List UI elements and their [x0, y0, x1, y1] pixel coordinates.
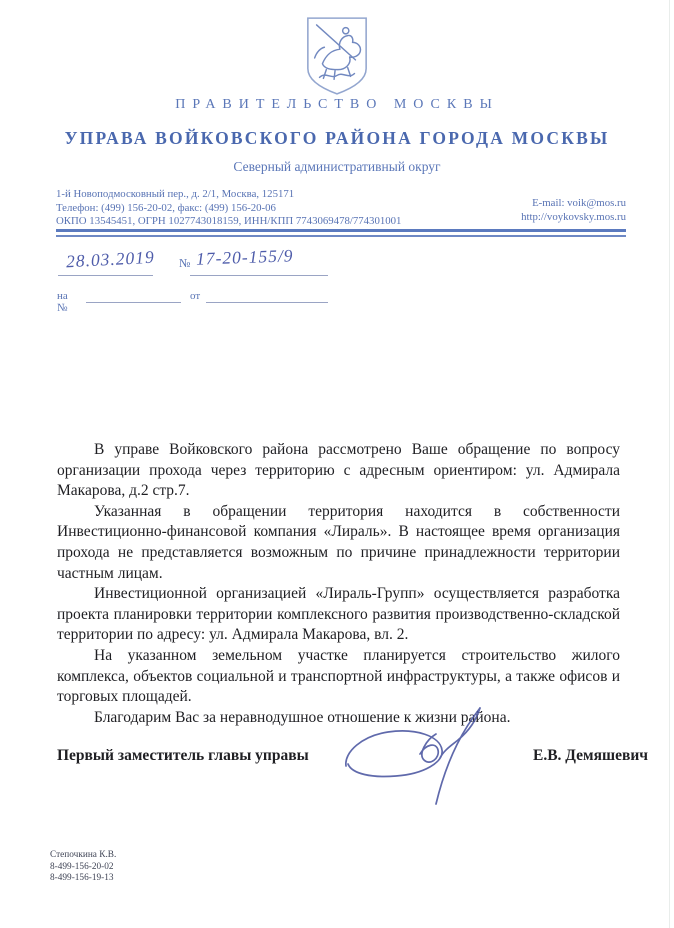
handwritten-signature — [336, 702, 492, 808]
handwritten-outgoing-number: 17-20-155/9 — [196, 245, 294, 269]
address-line-2: Телефон: (499) 156-20-02, факс: (499) 15… — [56, 202, 401, 216]
number-sign-label: № — [179, 256, 190, 271]
reply-to-label: на № — [57, 290, 68, 314]
executor-phone-2: 8-499-156-19-13 — [50, 873, 116, 885]
body-paragraph-3: Инвестиционной организацией «Лираль-Груп… — [57, 584, 620, 646]
body-paragraph-1: В управе Войковского района рассмотрено … — [57, 440, 620, 502]
body-paragraph-2: Указанная в обращении территория находит… — [57, 502, 620, 584]
website-line: http://voykovsky.mos.ru — [521, 211, 626, 225]
contact-block: 1-й Новоподмосковный пер., д. 2/1, Москв… — [56, 188, 626, 229]
handwritten-date: 28.03.2019 — [66, 247, 156, 273]
reply-date-blank-line — [206, 302, 328, 303]
district-subtitle: Северный административный округ — [0, 159, 674, 175]
web-contact-block: E-mail: voik@mos.ru http://voykovsky.mos… — [521, 188, 626, 229]
postal-address-block: 1-й Новоподмосковный пер., д. 2/1, Москв… — [56, 188, 401, 229]
number-underline — [190, 275, 328, 276]
date-underline — [58, 275, 153, 276]
executor-phone-1: 8-499-156-20-02 — [50, 862, 116, 874]
body-paragraph-4: На указанном земельном участке планирует… — [57, 646, 620, 708]
official-letter-page: ПРАВИТЕЛЬСТВО МОСКВЫ УПРАВА ВОЙКОВСКОГО … — [0, 0, 674, 928]
address-line-3: ОКПО 13545451, ОГРН 1027743018159, ИНН/К… — [56, 215, 401, 229]
executor-name: Степочкина К.В. — [50, 850, 116, 862]
organization-title: УПРАВА ВОЙКОВСКОГО РАЙОНА ГОРОДА МОСКВЫ — [0, 128, 674, 149]
address-line-1: 1-й Новоподмосковный пер., д. 2/1, Москв… — [56, 188, 401, 202]
signer-position: Первый заместитель главы управы — [57, 747, 309, 765]
from-label: от — [190, 290, 200, 302]
signer-name: Е.В. Демяшевич — [533, 747, 648, 765]
letter-body: В управе Войковского района рассмотрено … — [57, 440, 620, 728]
header-divider-rule — [56, 229, 626, 237]
government-title: ПРАВИТЕЛЬСТВО МОСКВЫ — [0, 97, 674, 113]
reply-number-blank-line — [86, 302, 181, 303]
email-line: E-mail: voik@mos.ru — [521, 197, 626, 211]
executor-block: Степочкина К.В. 8-499-156-20-02 8-499-15… — [50, 850, 116, 885]
moscow-coat-of-arms-icon — [303, 15, 371, 97]
